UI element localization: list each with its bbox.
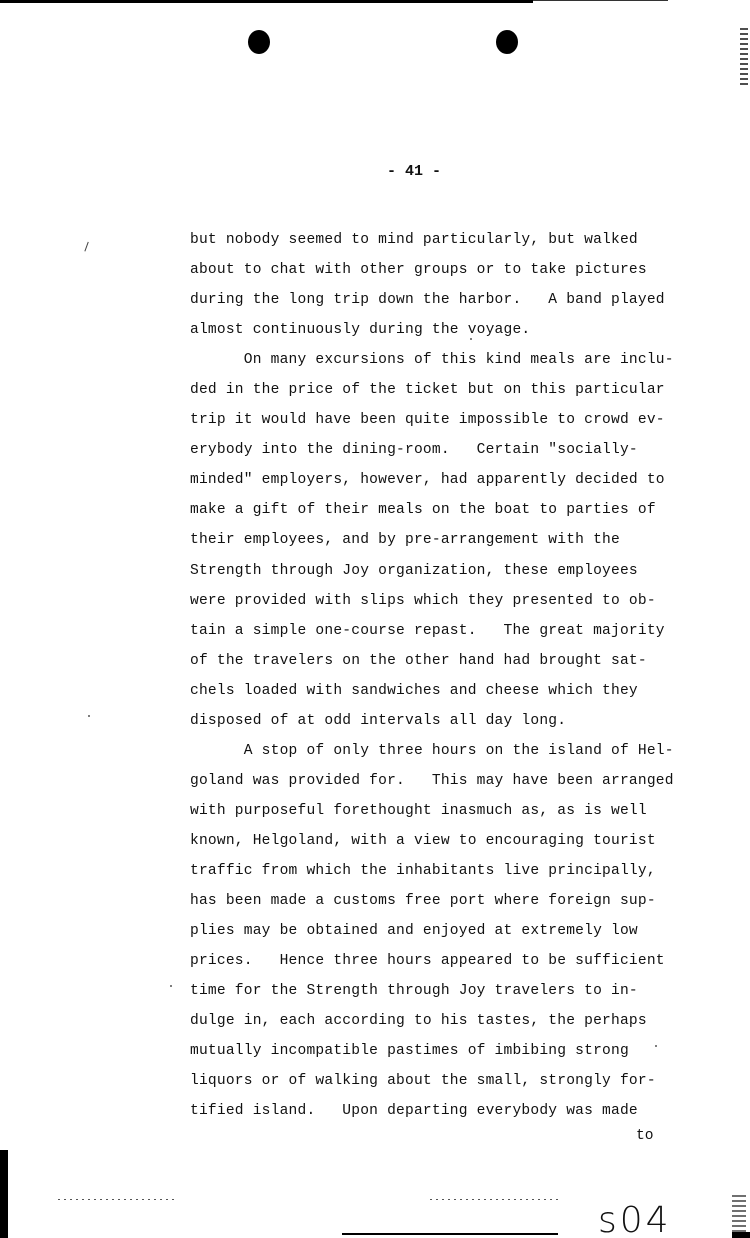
top-edge-rule-thin xyxy=(533,0,668,1)
text-line: with purposeful forethought inasmuch as,… xyxy=(190,796,690,826)
text-line: Strength through Joy organization, these… xyxy=(190,556,690,586)
text-line: were provided with slips which they pres… xyxy=(190,586,690,616)
text-line: ded in the price of the ticket but on th… xyxy=(190,375,690,405)
scan-edge-mark-bottom xyxy=(732,1195,746,1235)
text-line: about to chat with other groups or to ta… xyxy=(190,255,690,285)
text-line: On many excursions of this kind meals ar… xyxy=(190,345,690,375)
text-line: minded" employers, however, had apparent… xyxy=(190,465,690,495)
handwritten-folio-number: s04 xyxy=(598,1200,672,1238)
margin-mark xyxy=(84,242,90,252)
text-line: A stop of only three hours on the island… xyxy=(190,736,690,766)
text-line: but nobody seemed to mind particularly, … xyxy=(190,225,690,255)
text-line: make a gift of their meals on the boat t… xyxy=(190,495,690,525)
text-line: goland was provided for. This may have b… xyxy=(190,766,690,796)
scan-speck xyxy=(88,715,90,717)
text-line: plies may be obtained and enjoyed at ext… xyxy=(190,916,690,946)
text-line: liquors or of walking about the small, s… xyxy=(190,1066,690,1096)
text-line: almost continuously during the voyage. xyxy=(190,315,690,345)
text-line: traffic from which the inhabitants live … xyxy=(190,856,690,886)
scan-speck xyxy=(170,985,172,987)
scan-edge-bar-left xyxy=(0,1150,8,1238)
top-edge-rule xyxy=(0,0,533,3)
punch-hole-left xyxy=(248,30,270,54)
page-number: - 41 - xyxy=(0,163,750,180)
scan-edge-mark xyxy=(740,28,748,88)
text-line: tified island. Upon departing everybody … xyxy=(190,1096,690,1126)
text-line: their employees, and by pre-arrangement … xyxy=(190,525,690,555)
dotted-rule-right xyxy=(430,1199,560,1200)
text-line: known, Helgoland, with a view to encoura… xyxy=(190,826,690,856)
text-line: chels loaded with sandwiches and cheese … xyxy=(190,676,690,706)
text-line: has been made a customs free port where … xyxy=(190,886,690,916)
punch-hole-right xyxy=(496,30,518,54)
bottom-rule xyxy=(342,1233,558,1235)
scan-edge-bar-bottom xyxy=(732,1232,750,1238)
text-line: tain a simple one-course repast. The gre… xyxy=(190,616,690,646)
dotted-rule-left xyxy=(58,1199,176,1200)
body-text: but nobody seemed to mind particularly, … xyxy=(190,225,690,1126)
text-line: time for the Strength through Joy travel… xyxy=(190,976,690,1006)
text-line: erybody into the dining-room. Certain "s… xyxy=(190,435,690,465)
scan-speck xyxy=(470,338,472,340)
catchword: to xyxy=(636,1128,654,1144)
text-line: disposed of at odd intervals all day lon… xyxy=(190,706,690,736)
text-line: mutually incompatible pastimes of imbibi… xyxy=(190,1036,690,1066)
text-line: trip it would have been quite impossible… xyxy=(190,405,690,435)
text-line: prices. Hence three hours appeared to be… xyxy=(190,946,690,976)
text-line: dulge in, each according to his tastes, … xyxy=(190,1006,690,1036)
text-line: during the long trip down the harbor. A … xyxy=(190,285,690,315)
text-line: of the travelers on the other hand had b… xyxy=(190,646,690,676)
scan-speck xyxy=(655,1045,657,1047)
